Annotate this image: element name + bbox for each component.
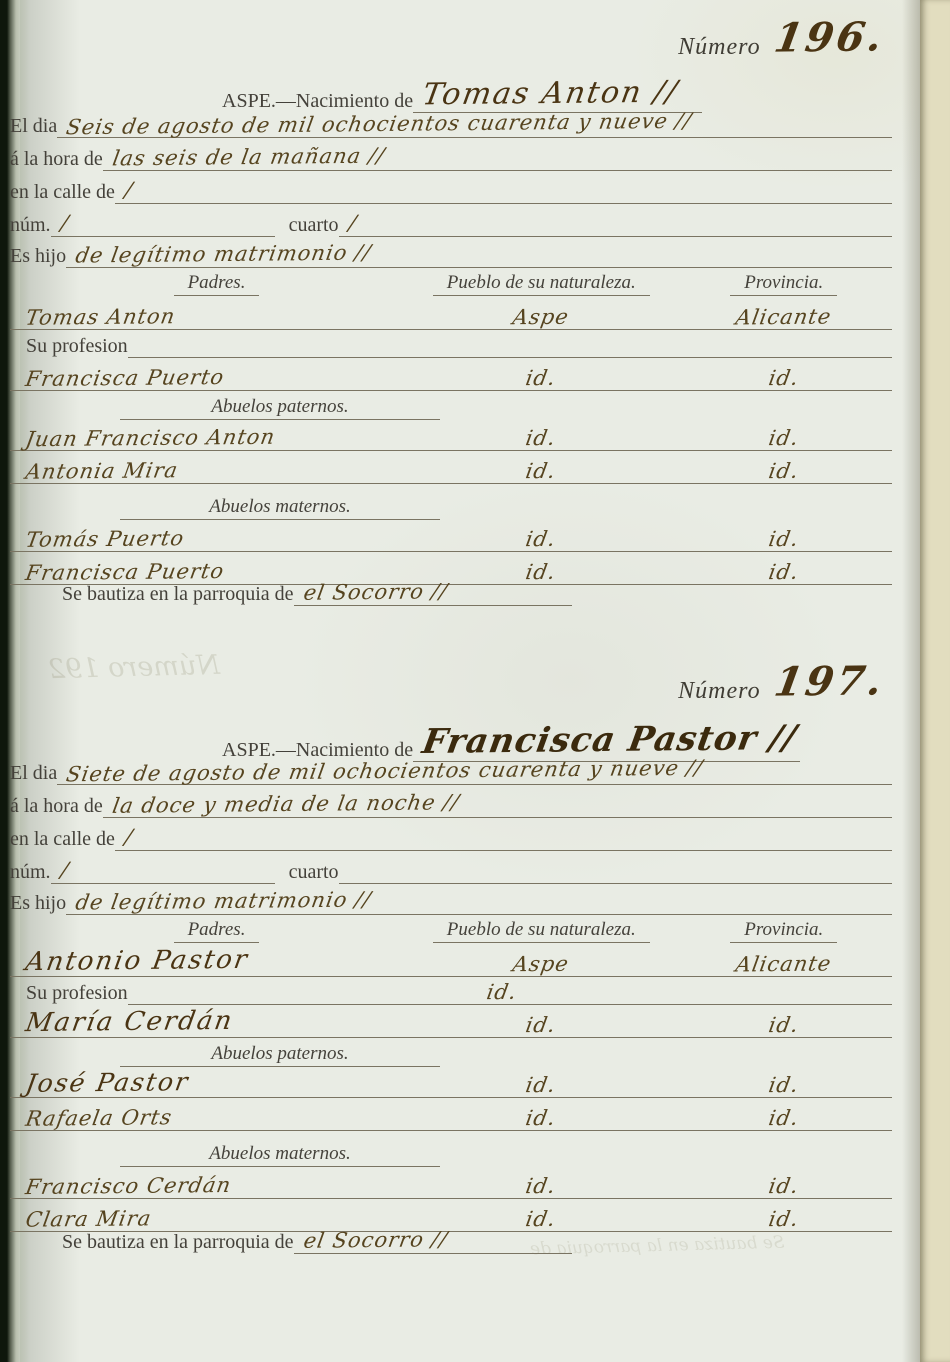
pueblo-header: Pueblo de su naturaleza. [433,272,650,296]
abuela-paterna-pueblo: id. [524,1106,558,1130]
padre-provincia: Alicante [734,952,833,977]
child-name: Francisca Pastor // [419,718,800,762]
row-abuelo-materno: Francisco Cerdán id. id. [10,1167,892,1199]
row-abuelo-materno: Tomás Puerto id. id. [10,520,892,552]
num-mark: / [59,211,71,235]
num-line: / [51,858,275,884]
child-name: Tomas Anton // [420,75,681,113]
field-num-cuarto: núm. / cuarto / [10,211,892,237]
madre-name: Francisca Puerto [24,365,226,391]
profesion-label: Su profesion [10,335,128,358]
calle-label: en la calle de [10,181,115,204]
hora-label: á la hora de [10,795,103,818]
num-label: núm. [10,861,51,884]
field-calle: en la calle de / [10,825,892,851]
field-hora: á la hora de las seis de la mañana // [10,145,892,171]
adjacent-page-edge [920,0,950,1362]
abuelo-paterno-name: Juan Francisco Anton [24,425,277,452]
hora-value: las seis de la mañana // [111,144,387,171]
row-madre: Francisca Puerto id. id. [10,359,892,391]
page-curl-shadow [902,0,920,1362]
field-profesion: Su profesion [10,332,892,358]
parroquia-value: el Socorro // [301,1227,449,1253]
record-number-value: 197. [771,657,888,705]
abuelo-materno-provincia: id. [767,527,801,551]
hijo-label: Es hijo [10,892,66,915]
padre-pueblo: Aspe [511,952,571,977]
abuelo-paterno-provincia: id. [767,1073,801,1097]
calle-mark: / [123,825,135,849]
dia-label: El dia [10,762,57,785]
hora-value: la doce y media de la noche // [110,790,461,818]
number-wavy-underline [692,704,882,712]
column-headers: Padres. Pueblo de su naturaleza. Provinc… [10,917,892,943]
abuelo-paterno-provincia: id. [767,426,801,450]
field-num-cuarto: núm. / cuarto [10,858,892,884]
birth-record-196: Número 196. ASPE.—Nacimiento de Tomas An… [10,14,892,624]
field-dia: El dia Seis de agosto de mil ochocientos… [10,112,892,138]
calle-mark: / [123,178,135,202]
provincia-header: Provincia. [730,272,837,296]
abuelos-maternos-header: Abuelos maternos. [120,496,440,520]
row-abuela-paterna: Rafaela Orts id. id. [10,1099,892,1131]
madre-provincia: id. [767,1013,801,1037]
profesion-label: Su profesion [10,982,128,1005]
row-abuela-paterna: Antonia Mira id. id. [10,452,892,484]
row-abuelo-paterno: José Pastor id. id. [10,1066,892,1098]
abuela-materna-provincia: id. [767,1207,801,1231]
field-dia: El dia Siete de agosto de mil ochociento… [10,759,892,785]
abuelo-paterno-pueblo: id. [524,426,558,450]
cuarto-label: cuarto [275,214,339,237]
abuela-paterna-pueblo: id. [524,459,558,483]
field-profesion: Su profesion id. [10,979,892,1005]
abuelo-materno-pueblo: id. [524,1174,558,1198]
dia-value: Siete de agosto de mil ochocientos cuare… [65,756,706,787]
pueblo-header: Pueblo de su naturaleza. [433,919,650,943]
padre-provincia: Alicante [734,305,833,330]
bautiza-label: Se bautiza en la parroquia de [10,583,294,606]
row-padre: Antonio Pastor Aspe Alicante [10,945,892,977]
padres-header: Padres. [174,919,260,943]
dia-value: Seis de agosto de mil ochocientos cuaren… [65,109,694,140]
numero-label: Número [678,34,760,61]
hijo-value: de legítimo matrimonio // [74,240,374,267]
column-headers: Padres. Pueblo de su naturaleza. Provinc… [10,270,892,296]
num-label: núm. [10,214,51,237]
title-row: ASPE.—Nacimiento de Tomas Anton // [10,76,702,113]
birth-record-197: Número 197. ASPE.—Nacimiento de Francisc… [10,658,892,1268]
abuelo-materno-provincia: id. [767,1174,801,1198]
field-hijo: Es hijo de legítimo matrimonio // [10,242,892,268]
hora-label: á la hora de [10,148,103,171]
title-label: ASPE.—Nacimiento de [10,90,413,113]
abuela-paterna-name: Rafaela Orts [24,1105,174,1131]
row-abuelo-paterno: Juan Francisco Anton id. id. [10,419,892,451]
field-bautiza: Se bautiza en la parroquia de el Socorro… [10,580,572,606]
parroquia-value: el Socorro // [301,579,449,605]
field-hijo: Es hijo de legítimo matrimonio // [10,889,892,915]
madre-pueblo: id. [524,1013,558,1037]
abuelo-paterno-pueblo: id. [524,1073,558,1097]
number-wavy-underline [692,60,882,68]
hijo-value: de legítimo matrimonio // [74,887,374,914]
dia-label: El dia [10,115,57,138]
calle-label: en la calle de [10,828,115,851]
record-number-row: Número 197. [678,658,884,705]
abuela-paterna-provincia: id. [767,459,801,483]
row-padre: Tomas Anton Aspe Alicante [10,298,892,330]
num-mark: / [59,858,71,882]
cuarto-label: cuarto [275,861,339,884]
abuela-paterna-provincia: id. [767,1106,801,1130]
abuelo-materno-name: Francisco Cerdán [24,1173,233,1199]
madre-pueblo: id. [524,366,558,390]
hijo-label: Es hijo [10,245,66,268]
madre-name: María Cerdán [23,1006,236,1038]
provincia-header: Provincia. [730,919,837,943]
padres-header: Padres. [174,272,260,296]
madre-provincia: id. [767,366,801,390]
field-calle: en la calle de / [10,178,892,204]
abuelos-maternos-header: Abuelos maternos. [120,1143,440,1167]
register-page-scan: Número 192 Se bautiza en la parroquia de… [0,0,950,1362]
num-line: / [51,211,275,237]
field-hora: á la hora de la doce y media de la noche… [10,792,892,818]
padre-name: Antonio Pastor [23,945,251,977]
cuarto-mark: / [347,211,359,235]
abuelo-materno-pueblo: id. [524,527,558,551]
abuelos-paternos-header: Abuelos paternos. [120,1043,440,1067]
record-number-row: Número 196. [678,14,884,61]
abuelo-materno-name: Tomás Puerto [24,526,186,552]
abuela-materna-provincia: id. [767,560,801,584]
bautiza-label: Se bautiza en la parroquia de [10,1231,294,1254]
record-number-value: 196. [771,13,888,61]
abuelo-paterno-name: José Pastor [23,1067,191,1098]
padre-name: Tomas Anton [24,304,177,330]
abuela-paterna-name: Antonia Mira [24,458,180,484]
numero-label: Número [678,678,760,705]
padre-pueblo: Aspe [511,305,571,330]
profesion-pueblo-id: id. [485,980,519,1004]
field-bautiza: Se bautiza en la parroquia de el Socorro… [10,1228,572,1254]
row-madre: María Cerdán id. id. [10,1006,892,1038]
abuelos-paternos-header: Abuelos paternos. [120,396,440,420]
